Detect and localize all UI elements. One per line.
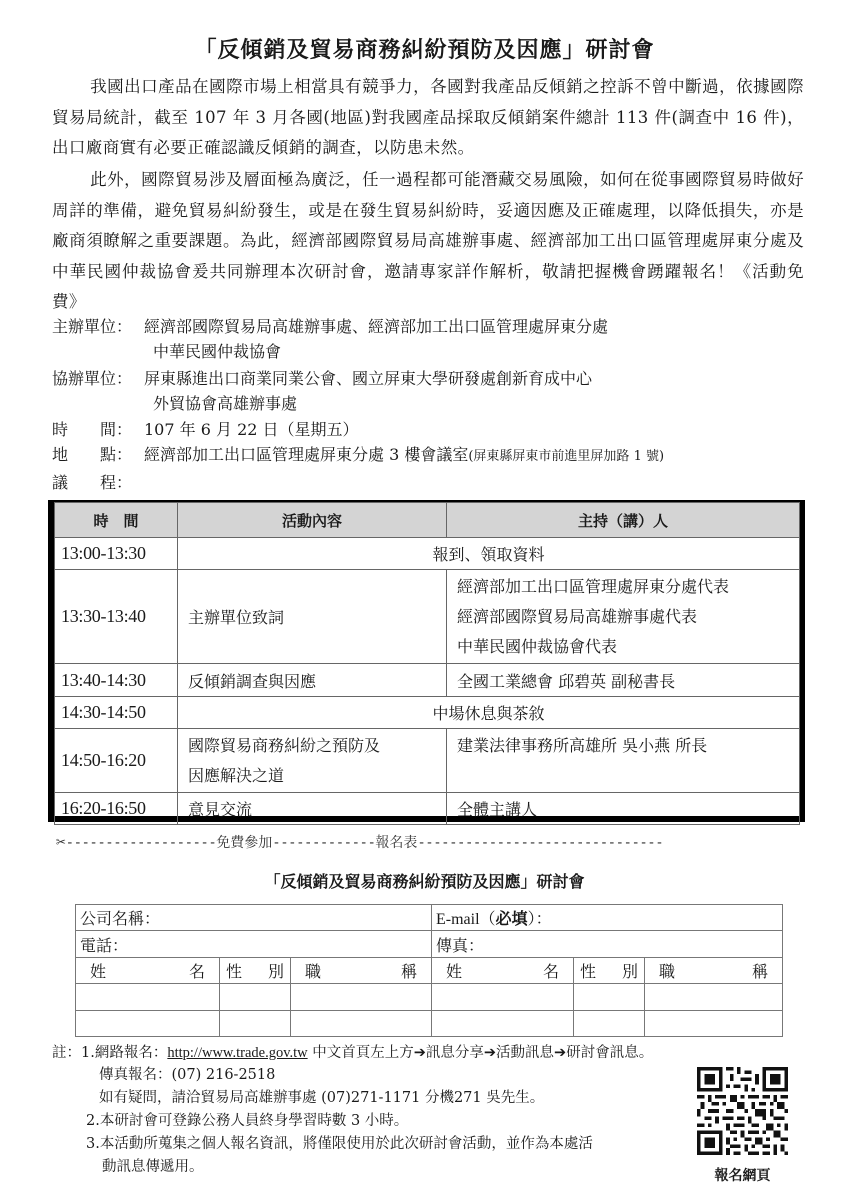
place-row: 地 點：經濟部加工出口區管理處屏東分處 3 樓會議室(屏東縣屏東市前進里屏加路 … <box>52 444 664 468</box>
page-title: 「反傾銷及貿易商務糾紛預防及因應」研討會 <box>0 33 849 64</box>
organizer-value: 經濟部國際貿易局高雄辦事處、經濟部加工出口區管理處屏東分處 <box>144 317 608 336</box>
phone-label: 電話： <box>80 936 128 955</box>
organizer-label: 主辦單位： <box>52 316 144 338</box>
nav-path-step: 中文首頁左上方 <box>312 1045 414 1061</box>
company-field[interactable]: 公司名稱： <box>76 905 432 931</box>
intro-text-2: 此外，國際貿易涉及層面極為廣泛，任一過程都可能潛藏交易風險，如何在從事國際貿易時… <box>52 170 804 311</box>
nav-path-step: 活動訊息 <box>496 1045 554 1061</box>
organizer-value-2: 中華民國仲裁協會 <box>153 342 281 361</box>
attendee-row <box>76 984 783 1010</box>
co-organizer-row: 協辦單位：屏東縣進出口商業同業公會、國立屏東大學研發處創新育成中心 <box>52 368 592 390</box>
email-label-suffix: ）： <box>528 909 552 928</box>
row-time: 14:50-16:20 <box>55 729 178 793</box>
cut-line: ✂-------------------免費參加-------------報名表… <box>56 832 806 852</box>
note-2: 2.本研討會可登錄公務人員終身學習時數 3 小時。 <box>86 1111 408 1131</box>
arrow-right-icon: ➔ <box>484 1045 496 1061</box>
attendee-row <box>76 1010 783 1036</box>
co-organizer-row-2: 外貿協會高雄辦事處 <box>153 393 297 415</box>
fax-label: 傳真： <box>436 936 484 955</box>
col-name: 姓 名 <box>432 957 574 983</box>
title-input[interactable] <box>645 984 783 1010</box>
row-merged: 中場休息與茶敘 <box>178 697 800 729</box>
name-input[interactable] <box>432 984 574 1010</box>
content-line: 國際貿易商務糾紛之預防及 <box>188 731 436 761</box>
intro-paragraph-1: 我國出口產品在國際市場上相當具有競爭力，各國對我產品反傾銷之控訴不曾中斷過，依據… <box>52 72 804 164</box>
row-content: 反傾銷調查與因應 <box>178 664 447 697</box>
row-content: 國際貿易商務糾紛之預防及 因應解決之道 <box>178 729 447 793</box>
phone-fax-row: 電話： 傳真： <box>76 931 783 957</box>
name-input[interactable] <box>76 1010 220 1036</box>
content-line: 因應解決之道 <box>188 761 436 791</box>
scissors-icon: ✂ <box>56 832 66 851</box>
gender-input[interactable] <box>574 984 645 1010</box>
time-label: 時 間： <box>52 419 144 441</box>
col-gender: 性 別 <box>220 957 291 983</box>
registration-form: 公司名稱： E-mail（必填）： 電話： 傳真： 姓 名 性 別 職 稱 姓 … <box>75 904 783 1037</box>
qr-label: 報名網頁 <box>697 1165 788 1185</box>
note-1: 註：1.網路報名：http://www.trade.gov.tw 中文首頁左上方… <box>52 1043 653 1063</box>
email-label: E-mail（ <box>436 911 496 928</box>
row-merged: 報到、領取資料 <box>178 538 800 570</box>
header-speaker: 主持（講）人 <box>447 503 800 538</box>
schedule-row: 14:50-16:20 國際貿易商務糾紛之預防及 因應解決之道 建業法律事務所高… <box>55 729 800 793</box>
intro-paragraph-2: 此外，國際貿易涉及層面極為廣泛，任一過程都可能潛藏交易風險，如何在從事國際貿易時… <box>52 165 804 318</box>
schedule-header-row: 時 間 活動內容 主持（講）人 <box>55 503 800 538</box>
arrow-right-icon: ➔ <box>414 1045 426 1061</box>
fax-field[interactable]: 傳真： <box>432 931 783 957</box>
header-content: 活動內容 <box>178 503 447 538</box>
col-title: 職 稱 <box>645 957 783 983</box>
gender-input[interactable] <box>574 1010 645 1036</box>
row-content: 意見交流 <box>178 793 447 825</box>
trade-website-link[interactable]: http://www.trade.gov.tw <box>167 1045 307 1061</box>
notes-prefix: 註： <box>52 1045 81 1061</box>
col-title: 職 稱 <box>291 957 432 983</box>
co-organizer-label: 協辦單位： <box>52 368 144 390</box>
gender-input[interactable] <box>220 1010 291 1036</box>
dashes: ------------------- <box>66 835 217 851</box>
organizer-row-2: 中華民國仲裁協會 <box>153 341 281 363</box>
agenda-label: 議 程： <box>52 472 144 494</box>
company-email-row: 公司名稱： E-mail（必填）： <box>76 905 783 931</box>
place-address: (屏東縣屏東市前進里屏加路 1 號) <box>468 449 664 464</box>
schedule-table: 時 間 活動內容 主持（講）人 13:00-13:30 報到、領取資料 13:3… <box>48 500 805 822</box>
email-required-label: 必填 <box>496 909 528 928</box>
row-content: 主辦單位致詞 <box>178 570 447 664</box>
title-input[interactable] <box>645 1010 783 1036</box>
speaker: 經濟部加工出口區管理處屏東分處代表 <box>457 572 789 602</box>
fax-registration: 傳真報名：(07) 216-2518 <box>99 1065 275 1085</box>
header-time: 時 間 <box>55 503 178 538</box>
email-field[interactable]: E-mail（必填）： <box>432 905 783 931</box>
name-input[interactable] <box>76 984 220 1010</box>
place-value: 經濟部加工出口區管理處屏東分處 3 樓會議室 <box>144 445 468 464</box>
title-input[interactable] <box>291 984 432 1010</box>
col-gender: 性 別 <box>574 957 645 983</box>
nav-path-step: 訊息分享 <box>426 1045 484 1061</box>
note-3-line-1: 3.本活動所蒐集之個人報名資訊，將僅限使用於此次研討會活動，並作為本處活 <box>86 1134 593 1154</box>
schedule-row: 16:20-16:50 意見交流 全體主講人 <box>55 793 800 825</box>
speaker: 經濟部國際貿易局高雄辦事處代表 <box>457 602 789 632</box>
row-time: 13:40-14:30 <box>55 664 178 697</box>
contact-info: 如有疑問，請洽貿易局高雄辦事處 (07)271-1171 分機271 吳先生。 <box>99 1088 544 1108</box>
intro-text-1: 我國出口產品在國際市場上相當具有競爭力，各國對我產品反傾銷之控訴不曾中斷過，依據… <box>52 77 804 157</box>
free-label: 免費參加 <box>216 835 272 851</box>
online-registration-label: 1.網路報名： <box>81 1045 167 1061</box>
organizer-row: 主辦單位：經濟部國際貿易局高雄辦事處、經濟部加工出口區管理處屏東分處 <box>52 316 608 338</box>
phone-field[interactable]: 電話： <box>76 931 432 957</box>
place-label: 地 點： <box>52 444 144 466</box>
co-organizer-value: 屏東縣進出口商業同業公會、國立屏東大學研發處創新育成中心 <box>144 369 592 388</box>
schedule-row: 13:00-13:30 報到、領取資料 <box>55 538 800 570</box>
agenda-row: 議 程： <box>52 472 144 494</box>
row-time: 14:30-14:50 <box>55 697 178 729</box>
row-time: 13:00-13:30 <box>55 538 178 570</box>
speaker: 中華民國仲裁協會代表 <box>457 632 789 662</box>
schedule-row: 13:30-13:40 主辦單位致詞 經濟部加工出口區管理處屏東分處代表 經濟部… <box>55 570 800 664</box>
row-speakers: 經濟部加工出口區管理處屏東分處代表 經濟部國際貿易局高雄辦事處代表 中華民國仲裁… <box>447 570 800 664</box>
note-3-line-2: 動訊息傳遞用。 <box>102 1157 204 1177</box>
col-name: 姓 名 <box>76 957 220 983</box>
qr-code-icon[interactable] <box>697 1067 788 1155</box>
co-organizer-value-2: 外貿協會高雄辦事處 <box>153 394 297 413</box>
attendee-header-row: 姓 名 性 別 職 稱 姓 名 性 別 職 稱 <box>76 957 783 983</box>
form-label: 報名表 <box>375 835 417 851</box>
time-row: 時 間：107 年 6 月 22 日（星期五） <box>52 419 359 441</box>
company-label: 公司名稱： <box>80 909 160 928</box>
row-speakers: 全國工業總會 邱碧英 副秘書長 <box>447 664 800 697</box>
arrow-right-icon: ➔ <box>554 1045 566 1061</box>
title-input[interactable] <box>291 1010 432 1036</box>
schedule-row: 13:40-14:30 反傾銷調查與因應 全國工業總會 邱碧英 副秘書長 <box>55 664 800 697</box>
form-title: 「反傾銷及貿易商務糾紛預防及因應」研討會 <box>0 869 849 892</box>
name-input[interactable] <box>432 1010 574 1036</box>
row-speakers: 全體主講人 <box>447 793 800 825</box>
row-speakers: 建業法律事務所高雄所 吳小燕 所長 <box>447 729 800 793</box>
schedule-row: 14:30-14:50 中場休息與茶敘 <box>55 697 800 729</box>
gender-input[interactable] <box>220 984 291 1010</box>
nav-path-step: 研討會訊息。 <box>566 1045 653 1061</box>
time-value: 107 年 6 月 22 日（星期五） <box>144 420 359 439</box>
dashes: ------------- <box>272 835 375 851</box>
row-time: 13:30-13:40 <box>55 570 178 664</box>
row-time: 16:20-16:50 <box>55 793 178 825</box>
dashes: ------------------------------- <box>417 835 663 851</box>
